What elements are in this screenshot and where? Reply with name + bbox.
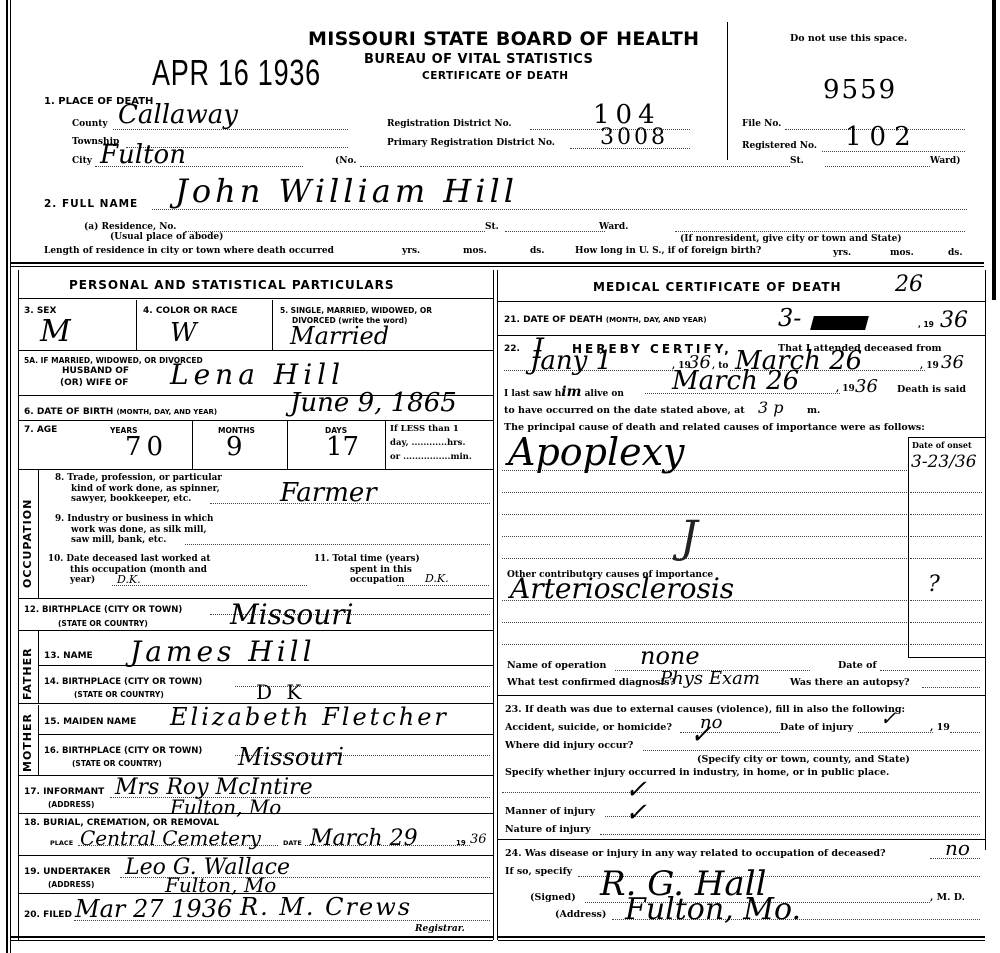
last-saw-label: I last saw him alive on	[504, 384, 624, 400]
dob-value[interactable]: June 9, 1865	[290, 388, 457, 418]
physician-address-value[interactable]: Fulton, Mo.	[625, 892, 801, 927]
left-outer-border	[6, 0, 8, 953]
test-label: What test confirmed diagnosis?	[507, 677, 675, 688]
father-name-value[interactable]: James Hill	[130, 635, 316, 668]
foreign-ds-label: ds.	[948, 248, 963, 258]
full-name-value[interactable]: John William Hill	[175, 172, 518, 210]
md-label: , M. D.	[930, 892, 965, 903]
foreign-mos-label: mos.	[890, 248, 914, 258]
years-value[interactable]: 70	[125, 432, 168, 462]
informant-label: 17. INFORMANT	[24, 787, 104, 797]
informant-address-label: (ADDRESS)	[48, 800, 94, 809]
industry-label: 9. Industry or business in which work wa…	[55, 514, 213, 546]
stamped-certificate-number: 9559	[823, 75, 897, 105]
header-divider	[11, 262, 984, 264]
age-label: 7. AGE	[24, 425, 57, 435]
m-label: m.	[807, 405, 820, 416]
residence-ward-label: Ward.	[599, 222, 628, 232]
certify-number: 22.	[504, 344, 520, 354]
dob-label: 6. DATE OF BIRTH (MONTH, DAY, AND YEAR)	[24, 407, 217, 417]
county-label: County	[72, 119, 108, 129]
registered-number-value[interactable]: 102	[845, 122, 919, 152]
mother-side-label: MOTHER	[21, 708, 34, 772]
form-name: CERTIFICATE OF DEATH	[422, 70, 569, 82]
city-st-label: St.	[790, 156, 804, 166]
nonresident-note: (If nonresident, give city or town and S…	[680, 234, 902, 244]
wife-of-label: (OR) WIFE OF	[60, 378, 128, 388]
office-use-divider	[727, 22, 728, 160]
sex-value[interactable]: M	[40, 314, 71, 349]
or-min-label: or ................min.	[390, 452, 472, 462]
other-cause-value[interactable]: Arteriosclerosis	[510, 572, 734, 605]
date-of-injury-label: Date of injury	[780, 722, 853, 733]
length-yrs-label: yrs.	[402, 246, 420, 256]
principal-cause-value[interactable]: Apoplexy	[508, 430, 685, 474]
to-year-prefix: , 19	[920, 361, 939, 371]
column-divider	[493, 270, 494, 940]
race-label: 4. COLOR OR RACE	[143, 306, 238, 316]
occupation-side-label: OCCUPATION	[21, 498, 34, 588]
father-birthplace-label: 14. BIRTHPLACE (CITY OR TOWN)	[44, 677, 202, 687]
birthplace-value[interactable]: Missouri	[230, 598, 354, 631]
length-ds-label: ds.	[530, 246, 545, 256]
total-time-value[interactable]: D.K.	[425, 572, 449, 585]
county-value[interactable]: Callaway	[118, 100, 238, 130]
to-year-value[interactable]: 36	[941, 352, 964, 373]
full-name-label: 2. FULL NAME	[44, 198, 138, 210]
father-birthplace-value[interactable]: D K	[256, 680, 305, 704]
father-birthplace-sub: (STATE OR COUNTRY)	[74, 690, 164, 699]
primary-registration-value[interactable]: 3008	[600, 125, 668, 150]
if-so-label: If so, specify	[505, 866, 572, 877]
registrar-label: Registrar.	[415, 924, 465, 934]
left-inner-border	[10, 0, 11, 953]
last-worked-value[interactable]: D.K.	[117, 573, 141, 586]
city-ward-label: Ward)	[930, 156, 960, 166]
medical-section-title: MEDICAL CERTIFICATE OF DEATH	[593, 280, 842, 294]
operation-date-label: Date of	[838, 660, 877, 671]
birthplace-sub: (STATE OR COUNTRY)	[58, 619, 148, 628]
day-hrs-label: day, ............hrs.	[390, 438, 465, 448]
injury-year-prefix: , 19	[930, 722, 950, 733]
husband-of-label: HUSBAND OF	[62, 366, 129, 376]
total-time-label: 11. Total time (years) spent in this occ…	[314, 554, 420, 586]
days-value[interactable]: 17	[326, 432, 359, 462]
race-value[interactable]: W	[170, 318, 197, 348]
occurred-time-value[interactable]: 3 p	[758, 398, 784, 417]
received-date-stamp: APR 16 1936	[152, 52, 321, 94]
date-of-injury-check[interactable]: ✓	[880, 706, 897, 730]
registrar-value[interactable]: R. M. Crews	[240, 893, 412, 921]
marital-label: 5. SINGLE, MARRIED, WIDOWED, OR	[280, 306, 432, 315]
personal-section-title: PERSONAL AND STATISTICAL PARTICULARS	[69, 278, 395, 292]
date-of-death-label: 21. DATE OF DEATH (MONTH, DAY, AND YEAR)	[504, 315, 707, 325]
less-than-label: If LESS than 1	[390, 424, 459, 434]
specify-industry-label: Specify whether injury occurred in indus…	[505, 767, 889, 778]
usual-place-label: (Usual place of abode)	[110, 232, 223, 242]
occupation-related-value[interactable]: no	[945, 836, 970, 860]
trade-value[interactable]: Farmer	[280, 478, 377, 508]
foreign-yrs-label: yrs.	[833, 248, 851, 258]
informant-address-value[interactable]: Fulton, Mo	[170, 795, 281, 819]
manner-injury-label: Manner of injury	[505, 806, 595, 817]
primary-registration-label: Primary Registration District No.	[387, 138, 555, 148]
date-of-death-value[interactable]: 3-	[778, 304, 801, 332]
where-injury-check[interactable]: ✓	[690, 720, 712, 750]
filed-label: 20. FILED	[24, 910, 72, 920]
right-border	[992, 0, 996, 300]
other-onset-value[interactable]: ?	[928, 572, 940, 597]
city-label: City	[72, 156, 92, 166]
operation-label: Name of operation	[507, 660, 606, 671]
autopsy-label: Was there an autopsy?	[790, 677, 910, 688]
father-name-label: 13. NAME	[44, 651, 93, 661]
attended-from-value[interactable]: Jany 1	[530, 346, 612, 376]
where-injury-label: Where did injury occur?	[505, 740, 633, 751]
last-saw-date-value[interactable]: March 26	[672, 366, 799, 396]
office-use-note: Do not use this space.	[790, 33, 907, 44]
father-side-label: FATHER	[21, 640, 34, 700]
physician-address-label: (Address)	[555, 909, 606, 920]
length-residence-label: Length of residence in city or town wher…	[44, 246, 334, 256]
operation-value[interactable]: none	[640, 642, 700, 670]
mother-maiden-label: 15. MAIDEN NAME	[44, 717, 136, 727]
manner-check[interactable]: ✓	[625, 798, 647, 828]
occurred-label: to have occurred on the date stated abov…	[504, 405, 745, 416]
onset-label: Date of onset	[912, 440, 972, 450]
city-value[interactable]: Fulton	[100, 140, 186, 170]
last-saw-year-prefix: , 19	[836, 384, 855, 394]
physician-initials-mark: J	[680, 512, 698, 563]
mother-maiden-value[interactable]: Elizabeth Fletcher	[170, 703, 449, 731]
burial-date-label: DATE	[283, 839, 302, 847]
residence-label: (a) Residence, No.	[84, 222, 176, 232]
onset-value[interactable]: 3-23/36	[911, 452, 977, 472]
date-of-death-year[interactable]: 36	[940, 308, 968, 333]
marital-value[interactable]: Married	[290, 322, 389, 350]
test-value[interactable]: Phys Exam	[660, 668, 760, 689]
registration-district-label: Registration District No.	[387, 119, 512, 129]
months-value[interactable]: 9	[226, 432, 243, 462]
nature-injury-label: Nature of injury	[505, 824, 591, 835]
burial-year-prefix: 19	[456, 839, 466, 847]
street-number-label: (No.	[335, 156, 356, 166]
form-title: MISSOURI STATE BOARD OF HEALTH	[308, 28, 699, 50]
length-mos-label: mos.	[463, 246, 487, 256]
burial-date-value[interactable]: March 29	[310, 826, 418, 851]
mother-birthplace-sub: (STATE OR COUNTRY)	[72, 759, 162, 768]
last-saw-year-value[interactable]: 36	[855, 376, 878, 397]
undertaker-address-label: (ADDRESS)	[48, 880, 94, 889]
burial-year-value[interactable]: 36	[470, 832, 487, 847]
mother-birthplace-label: 16. BIRTHPLACE (CITY OR TOWN)	[44, 746, 202, 756]
foreign-birth-label: How long in U. S., if of foreign birth?	[575, 246, 761, 256]
spouse-value[interactable]: Lena Hill	[170, 358, 345, 391]
registered-number-label: Registered No.	[742, 141, 817, 151]
date-of-death-year-prefix: , 19	[918, 320, 934, 329]
mother-birthplace-value[interactable]: Missouri	[238, 743, 344, 771]
specify-city-label: (Specify city or town, county, and State…	[697, 754, 910, 765]
struck-through-day	[810, 316, 869, 330]
trade-label: 8. Trade, profession, or particular kind…	[55, 473, 222, 505]
undertaker-label: 19. UNDERTAKER	[24, 867, 111, 877]
occupation-related-label: 24. Was disease or injury in any way rel…	[505, 848, 886, 859]
form-subtitle: BUREAU OF VITAL STATISTICS	[364, 52, 593, 67]
corrected-death-day[interactable]: 26	[895, 272, 923, 297]
birthplace-label: 12. BIRTHPLACE (CITY OR TOWN)	[24, 605, 182, 615]
death-said-label: Death is said	[897, 384, 966, 395]
burial-place-value[interactable]: Central Cemetery	[80, 826, 261, 850]
burial-place-label: PLACE	[50, 839, 73, 847]
filed-date-value[interactable]: Mar 27 1936	[75, 895, 232, 923]
file-number-label: File No.	[742, 119, 781, 129]
signed-label: (Signed)	[530, 892, 576, 903]
accident-label: Accident, suicide, or homicide?	[505, 722, 672, 733]
residence-st-label: St.	[485, 222, 499, 232]
